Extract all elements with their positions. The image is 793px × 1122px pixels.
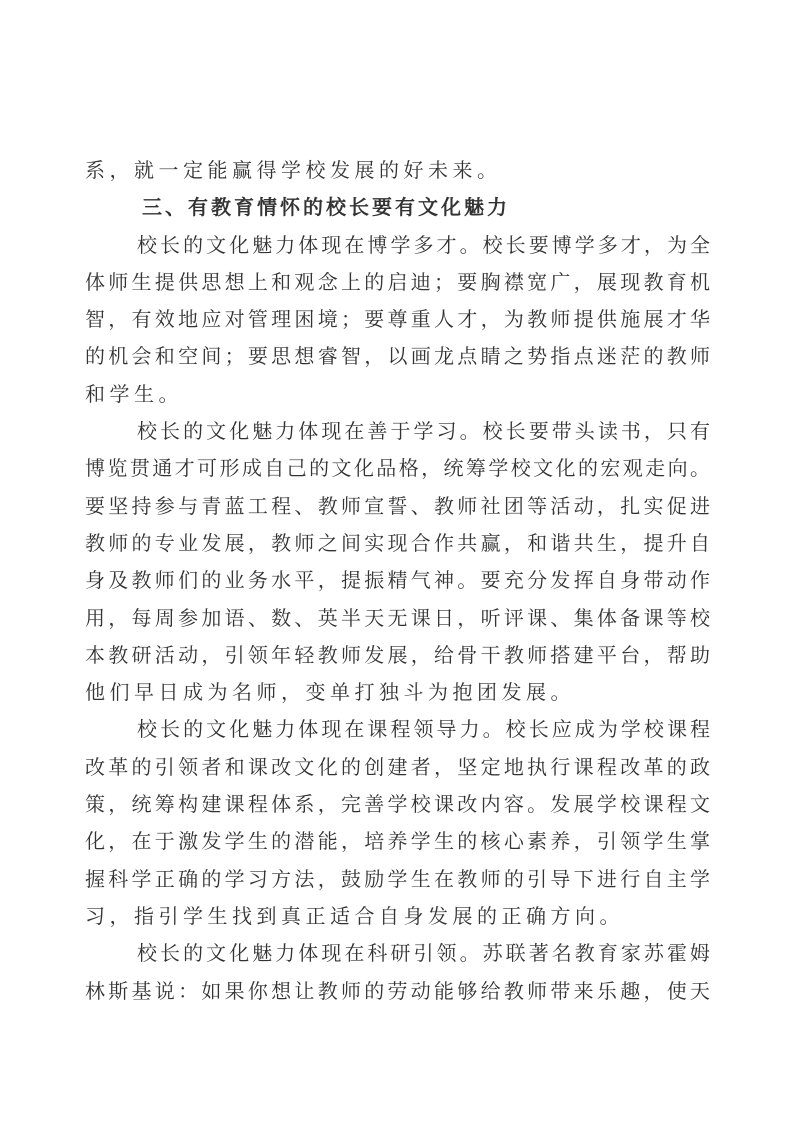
- text-line: 教师的专业发展，教师之间实现合作共赢，和谐共生，提升自: [85, 526, 710, 563]
- text-line: 要坚持参与青蓝工程、教师宣誓、教师社团等活动，扎实促进: [85, 489, 710, 526]
- text-line: 用，每周参加语、数、英半天无课日，听评课、集体备课等校: [85, 601, 710, 638]
- text-line: 握科学正确的学习方法，鼓励学生在教师的引导下进行自主学: [85, 862, 710, 899]
- text-line: 校长的文化魅力体现在博学多才。校长要博学多才，为全: [85, 228, 710, 265]
- text-line: 林斯基说：如果你想让教师的劳动能够给教师带来乐趣，使天: [85, 974, 710, 1011]
- text-line: 他们早日成为名师，变单打独斗为抱团发展。: [85, 675, 710, 712]
- text-line: 和学生。: [85, 377, 710, 414]
- text-line: 校长的文化魅力体现在科研引领。苏联著名教育家苏霍姆: [85, 936, 710, 973]
- text-line: 智，有效地应对管理困境；要尊重人才，为教师提供施展才华: [85, 302, 710, 339]
- text-line: 习，指引学生找到真正适合自身发展的正确方向。: [85, 899, 710, 936]
- text-line: 校长的文化魅力体现在善于学习。校长要带头读书，只有: [85, 414, 710, 451]
- text-line: 改革的引领者和课改文化的创建者，坚定地执行课程改革的政: [85, 750, 710, 787]
- text-content: 系，就一定能赢得学校发展的好未来。三、有教育情怀的校长要有文化魅力校长的文化魅力…: [85, 153, 710, 1011]
- text-line: 身及教师们的业务水平，提振精气神。要充分发挥自身带动作: [85, 563, 710, 600]
- text-line: 的机会和空间；要思想睿智，以画龙点睛之势指点迷茫的教师: [85, 339, 710, 376]
- text-line: 博览贯通才可形成自己的文化品格，统筹学校文化的宏观走向。: [85, 451, 710, 488]
- text-line: 策，统筹构建课程体系，完善学校课改内容。发展学校课程文: [85, 787, 710, 824]
- text-line: 系，就一定能赢得学校发展的好未来。: [85, 153, 710, 190]
- text-line: 化，在于激发学生的潜能，培养学生的核心素养，引领学生掌: [85, 824, 710, 861]
- section-heading: 三、有教育情怀的校长要有文化魅力: [85, 190, 710, 227]
- text-line: 体师生提供思想上和观念上的启迪；要胸襟宽广，展现教育机: [85, 265, 710, 302]
- text-line: 校长的文化魅力体现在课程领导力。校长应成为学校课程: [85, 712, 710, 749]
- text-line: 本教研活动，引领年轻教师发展，给骨干教师搭建平台，帮助: [85, 638, 710, 675]
- document-page: 系，就一定能赢得学校发展的好未来。三、有教育情怀的校长要有文化魅力校长的文化魅力…: [0, 0, 793, 1122]
